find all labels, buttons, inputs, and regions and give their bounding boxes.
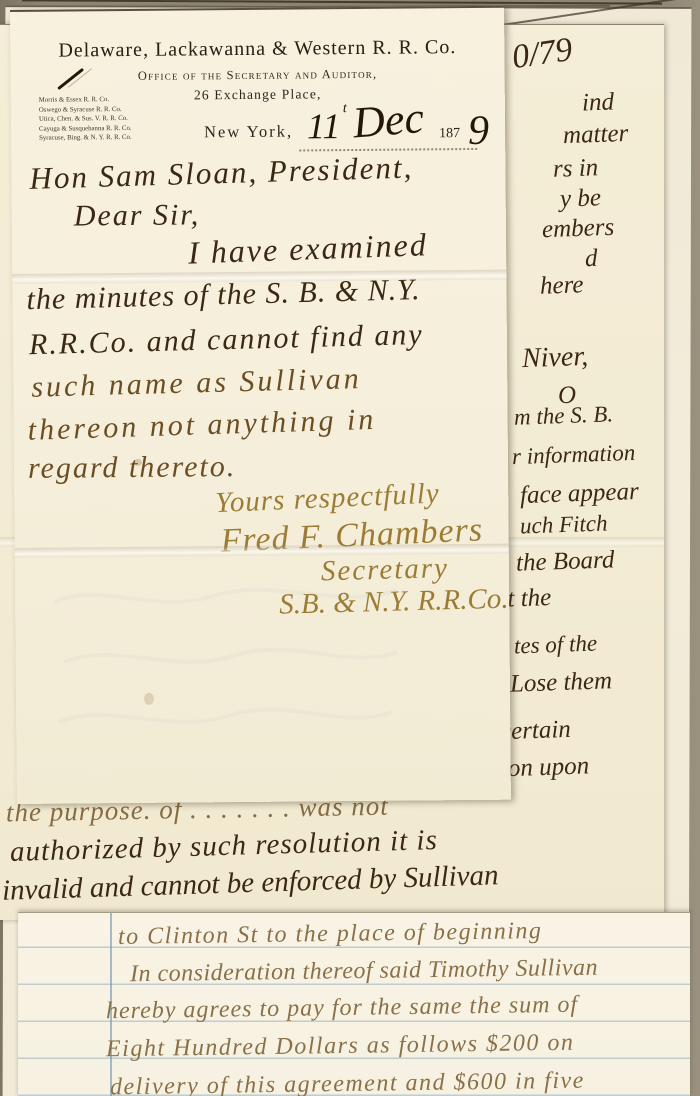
letter-line: the minutes of the S. B. & N.Y. — [26, 273, 421, 316]
signature-company: S.B. & N.Y. R.R.Co. — [279, 584, 509, 622]
signature-title: Secretary — [321, 553, 450, 588]
paper-stain — [144, 693, 154, 705]
letter-line: thereon not anything in — [27, 403, 377, 447]
letter-sheet: Delaware, Lackawanna & Western R. R. Co.… — [10, 6, 511, 804]
scanned-letter-collage: 9. 0/79 ind matter rs in y be embers d h… — [0, 0, 700, 1096]
letterhead-office: Office of the Secretary and Auditor, — [11, 66, 505, 85]
lined-page-line: delivery of this agreement and $600 in f… — [110, 1068, 585, 1096]
under-page-fragment: Niver, — [521, 342, 588, 375]
under-page-fragment: Lose them — [510, 667, 613, 698]
under-page-fragment: y be — [560, 184, 602, 213]
date-day-suffix: t — [343, 101, 347, 116]
lined-page-line: hereby agrees to pay for the same the su… — [106, 992, 578, 1025]
letter-line: R.R.Co. and cannot find any — [29, 318, 425, 361]
under-page-fragment: rs in — [553, 154, 599, 183]
letter-line: regard thereto. — [28, 450, 237, 485]
under-page-fragment: the Board — [516, 546, 615, 577]
under-page-line: invalid and cannot be enforced by Sulliv… — [2, 860, 499, 907]
under-page-fragment: matter — [563, 120, 629, 150]
under-page-fragment: d — [585, 245, 598, 273]
under-page-fragment: embers — [542, 214, 615, 244]
letterhead-company: Delaware, Lackawanna & Western R. R. Co. — [10, 36, 504, 63]
letterhead-subsidiaries: Morris & Essex R. R. Co. Oswego & Syracu… — [39, 95, 132, 144]
letter-line: such name as Sullivan — [31, 362, 362, 404]
under-page-fragment: ind — [582, 88, 615, 117]
date-day: 11 — [307, 107, 341, 147]
lined-page-line: Eight Hundred Dollars as follows $200 on — [106, 1030, 575, 1063]
letterhead-city: New York, — [204, 122, 293, 143]
letter-line: Hon Sam Sloan, President, — [29, 150, 414, 195]
lined-page-line: In consideration thereof said Timothy Su… — [130, 955, 598, 988]
under-page-fragment: tes of the — [514, 631, 598, 659]
paper-edge-line — [22, 0, 662, 5]
paper-stain — [134, 459, 142, 466]
lined-page-line: to Clinton St to the place of beginning — [118, 918, 543, 950]
under-page-fragment: face appear — [520, 478, 640, 510]
under-page-fragment: uch Fitch — [520, 510, 608, 538]
under-page-fragment: here — [540, 271, 584, 300]
under-page-fragment: m the S. B. — [514, 401, 614, 430]
subsidiary-line: Utica, Chen. & Sus. V. R. R. Co. — [39, 114, 132, 124]
under-page-fragment: r information — [512, 440, 636, 470]
under-page-date-fragment: 0/79 — [510, 31, 575, 76]
lined-page-sheet: to Clinton St to the place of beginning … — [18, 912, 690, 1096]
date-month: Dec — [351, 94, 425, 148]
letter-line: I have examined — [188, 227, 429, 271]
year-digit: 9 — [468, 108, 489, 154]
year-printed: 187 — [439, 126, 460, 142]
letter-line: Dear Sir, — [74, 198, 201, 232]
subsidiary-line: Syracuse, Bing. & N. Y. R. R. Co. — [39, 133, 132, 143]
